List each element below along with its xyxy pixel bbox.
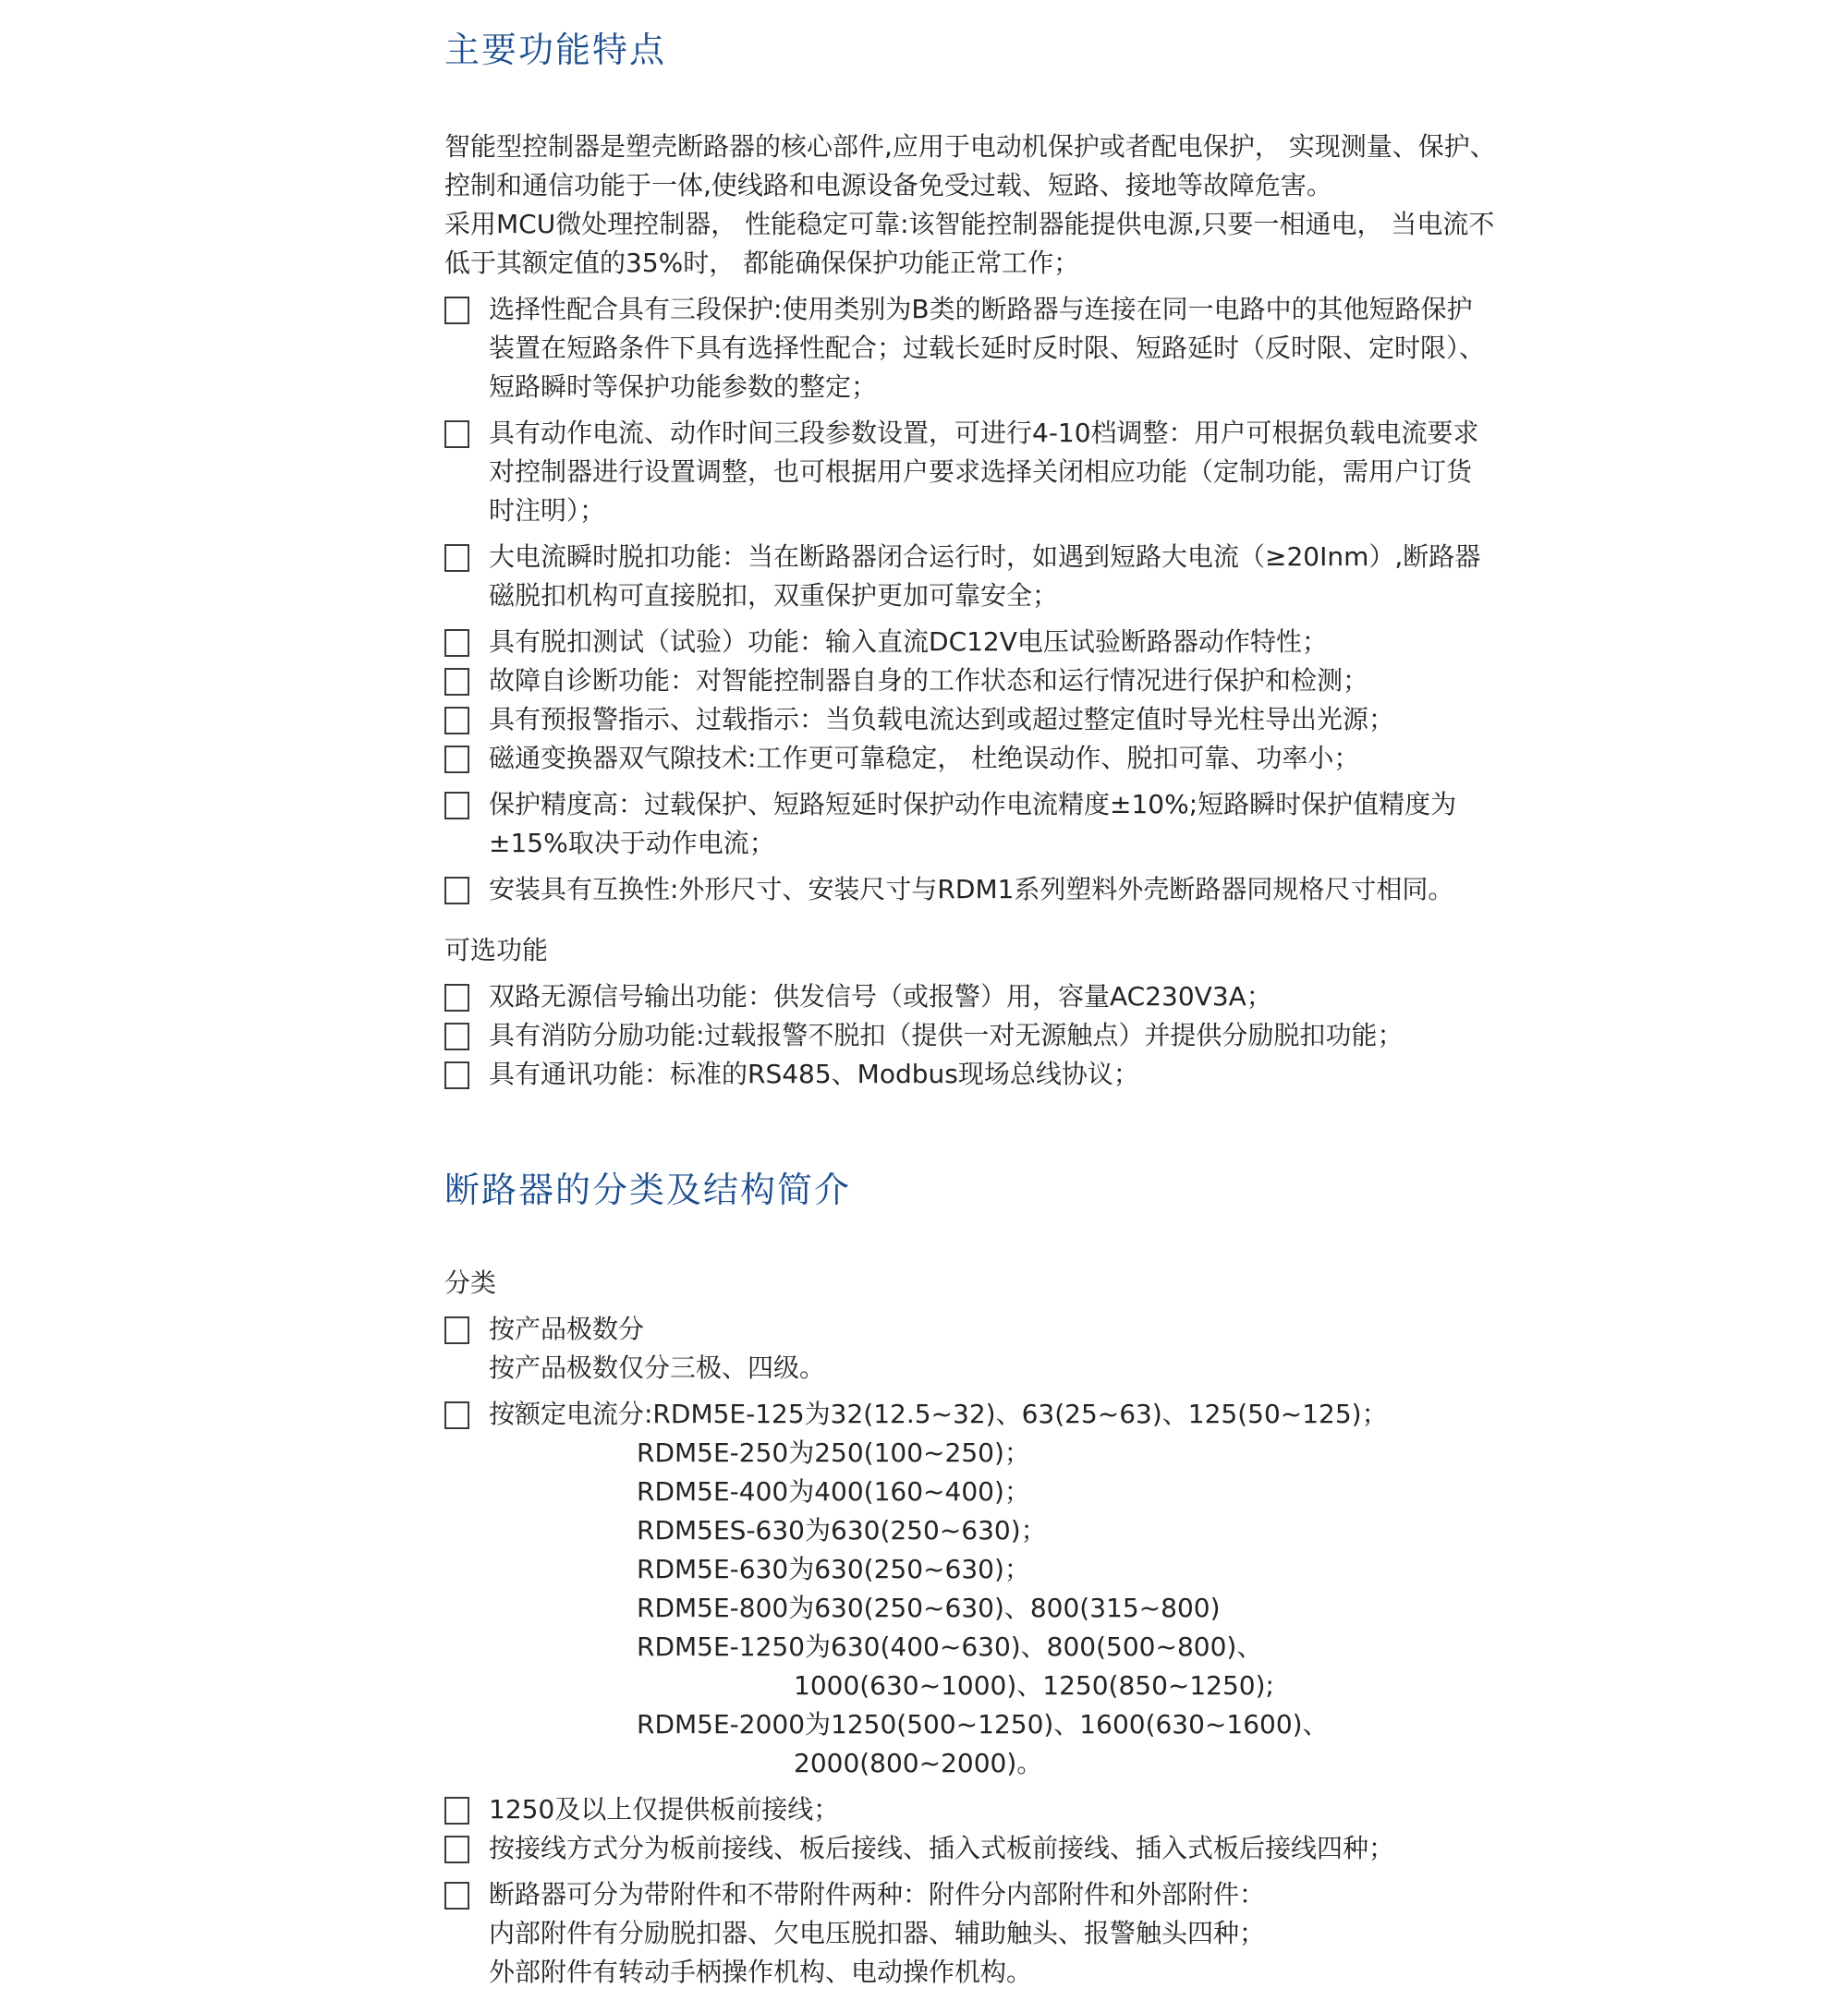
text-line: 内部附件有分励脱扣器、欠电压脱扣器、辅助触头、报警触头四种；	[489, 1914, 1461, 1953]
page-content: 主要功能特点 智能型控制器是塑壳断路器的核心部件,应用于电动机保护或者配电保护，…	[444, 0, 1461, 1992]
main-features-list: 选择性配合具有三段保护:使用类别为B类的断路器与连接在同一电路中的其他短路保护装…	[444, 290, 1461, 909]
paragraph-line: 低于其额定值的35%时， 都能确保保护功能正常工作；	[444, 244, 1461, 283]
text-line: 对控制器进行设置调整，也可根据用户要求选择关闭相应功能（定制功能，需用户订货	[489, 453, 1461, 491]
list-item: 故障自诊断功能：对智能控制器自身的工作状态和运行情况进行保护和检测；	[444, 661, 1461, 700]
list-item: 大电流瞬时脱扣功能：当在断路器闭合运行时，如遇到短路大电流（≥20Inm）,断路…	[444, 538, 1461, 615]
text-line: 选择性配合具有三段保护:使用类别为B类的断路器与连接在同一电路中的其他短路保护	[489, 290, 1461, 329]
paragraph-line: 智能型控制器是塑壳断路器的核心部件,应用于电动机保护或者配电保护， 实现测量、保…	[444, 127, 1461, 166]
text-line: 具有动作电流、动作时间三段参数设置，可进行4-10档调整：用户可根据负载电流要求	[489, 414, 1461, 453]
text-line: 具有消防分励功能:过载报警不脱扣（提供一对无源触点）并提供分励脱扣功能；	[489, 1016, 1461, 1055]
list-item: 具有预报警指示、过载指示：当负载电流达到或超过整定值时导光柱导出光源；	[444, 700, 1461, 739]
text-line: 1250及以上仅提供板前接线；	[489, 1790, 1461, 1829]
text-line: 具有预报警指示、过载指示：当负载电流达到或超过整定值时导光柱导出光源；	[489, 700, 1461, 739]
intro-paragraph: 智能型控制器是塑壳断路器的核心部件,应用于电动机保护或者配电保护， 实现测量、保…	[444, 127, 1461, 283]
paragraph-line: 控制和通信功能于一体,使线路和电源设备免受过载、短路、接地等故障危害。	[444, 166, 1461, 205]
checkbox-bullet-icon	[444, 420, 469, 448]
classification-subtitle: 分类	[444, 1264, 1461, 1303]
text-line: RDM5E-1250为630(400~630)、800(500~800)、	[489, 1628, 1461, 1667]
text-line: 短路瞬时等保护功能参数的整定；	[489, 368, 1461, 406]
checkbox-bullet-icon	[444, 1316, 469, 1344]
list-item: 按产品极数分按产品极数仅分三极、四级。	[444, 1310, 1461, 1388]
list-item: 安装具有互换性:外形尺寸、安装尺寸与RDM1系列塑料外壳断路器同规格尺寸相同。	[444, 870, 1461, 909]
text-line: 故障自诊断功能：对智能控制器自身的工作状态和运行情况进行保护和检测；	[489, 661, 1461, 700]
list-item: 保护精度高：过载保护、短路短延时保护动作电流精度±10%;短路瞬时保护值精度为±…	[444, 785, 1461, 863]
checkbox-bullet-icon	[444, 629, 469, 657]
text-line: 断路器可分为带附件和不带附件两种：附件分内部附件和外部附件：	[489, 1875, 1461, 1914]
text-line: 大电流瞬时脱扣功能：当在断路器闭合运行时，如遇到短路大电流（≥20Inm）,断路…	[489, 538, 1461, 576]
text-line: 保护精度高：过载保护、短路短延时保护动作电流精度±10%;短路瞬时保护值精度为	[489, 785, 1461, 824]
classification-list: 按产品极数分按产品极数仅分三极、四级。按额定电流分:RDM5E-125为32(1…	[444, 1310, 1461, 1992]
text-line: RDM5E-2000为1250(500~1250)、1600(630~1600)…	[489, 1705, 1461, 1744]
text-line: 按产品极数分	[489, 1310, 1461, 1349]
text-line: 具有脱扣测试（试验）功能：输入直流DC12V电压试验断路器动作特性；	[489, 623, 1461, 661]
list-item: 双路无源信号输出功能：供发信号（或报警）用，容量AC230V3A；	[444, 977, 1461, 1016]
text-line: 外部附件有转动手柄操作机构、电动操作机构。	[489, 1953, 1461, 1992]
section-title-classification: 断路器的分类及结构简介	[444, 1168, 1461, 1212]
checkbox-bullet-icon	[444, 746, 469, 773]
text-line: RDM5E-400为400(160~400)；	[489, 1473, 1461, 1511]
document-page: { "page": { "background": "#ffffff", "ac…	[0, 0, 1848, 2013]
checkbox-bullet-icon	[444, 1023, 469, 1050]
list-item: 具有消防分励功能:过载报警不脱扣（提供一对无源触点）并提供分励脱扣功能；	[444, 1016, 1461, 1055]
optional-features-list: 双路无源信号输出功能：供发信号（或报警）用，容量AC230V3A；具有消防分励功…	[444, 977, 1461, 1094]
list-item: 具有动作电流、动作时间三段参数设置，可进行4-10档调整：用户可根据负载电流要求…	[444, 414, 1461, 530]
list-item: 按额定电流分:RDM5E-125为32(12.5~32)、63(25~63)、1…	[444, 1395, 1461, 1783]
checkbox-bullet-icon	[444, 1882, 469, 1910]
checkbox-bullet-icon	[444, 877, 469, 904]
list-item: 选择性配合具有三段保护:使用类别为B类的断路器与连接在同一电路中的其他短路保护装…	[444, 290, 1461, 406]
checkbox-bullet-icon	[444, 1401, 469, 1429]
paragraph-line: 采用MCU微处理控制器， 性能稳定可靠:该智能控制器能提供电源,只要一相通电， …	[444, 205, 1461, 244]
text-line: 装置在短路条件下具有选择性配合；过载长延时反时限、短路延时（反时限、定时限）、	[489, 329, 1461, 368]
checkbox-bullet-icon	[444, 544, 469, 572]
text-line: 2000(800~2000)。	[489, 1744, 1461, 1783]
list-item: 磁通变换器双气隙技术:工作更可靠稳定， 杜绝误动作、脱扣可靠、功率小；	[444, 739, 1461, 778]
text-line: 具有通讯功能：标准的RS485、Modbus现场总线协议；	[489, 1055, 1461, 1094]
text-line: 磁脱扣机构可直接脱扣，双重保护更加可靠安全；	[489, 576, 1461, 615]
text-line: 1000(630~1000)、1250(850~1250);	[489, 1667, 1461, 1705]
text-line: 按额定电流分:RDM5E-125为32(12.5~32)、63(25~63)、1…	[489, 1395, 1461, 1434]
list-item: 断路器可分为带附件和不带附件两种：附件分内部附件和外部附件：内部附件有分励脱扣器…	[444, 1875, 1461, 1992]
checkbox-bullet-icon	[444, 792, 469, 819]
list-item: 1250及以上仅提供板前接线；	[444, 1790, 1461, 1829]
text-line: 双路无源信号输出功能：供发信号（或报警）用，容量AC230V3A；	[489, 977, 1461, 1016]
list-item: 具有通讯功能：标准的RS485、Modbus现场总线协议；	[444, 1055, 1461, 1094]
text-line: 磁通变换器双气隙技术:工作更可靠稳定， 杜绝误动作、脱扣可靠、功率小；	[489, 739, 1461, 778]
section-title-main-features: 主要功能特点	[444, 28, 1461, 72]
text-line: RDM5E-630为630(250~630)；	[489, 1550, 1461, 1589]
checkbox-bullet-icon	[444, 707, 469, 734]
checkbox-bullet-icon	[444, 1061, 469, 1089]
text-line: 时注明）；	[489, 491, 1461, 530]
text-line: RDM5E-250为250(100~250)；	[489, 1434, 1461, 1473]
text-line: ±15%取决于动作电流；	[489, 824, 1461, 863]
text-line: RDM5ES-630为630(250~630)；	[489, 1511, 1461, 1550]
text-line: 安装具有互换性:外形尺寸、安装尺寸与RDM1系列塑料外壳断路器同规格尺寸相同。	[489, 870, 1461, 909]
text-line: 按接线方式分为板前接线、板后接线、插入式板前接线、插入式板后接线四种；	[489, 1829, 1461, 1868]
checkbox-bullet-icon	[444, 297, 469, 324]
list-item: 具有脱扣测试（试验）功能：输入直流DC12V电压试验断路器动作特性；	[444, 623, 1461, 661]
optional-features-subtitle: 可选功能	[444, 931, 1461, 970]
list-item: 按接线方式分为板前接线、板后接线、插入式板前接线、插入式板后接线四种；	[444, 1829, 1461, 1868]
checkbox-bullet-icon	[444, 668, 469, 696]
text-line: RDM5E-800为630(250~630)、800(315~800)	[489, 1589, 1461, 1628]
checkbox-bullet-icon	[444, 1836, 469, 1863]
checkbox-bullet-icon	[444, 1797, 469, 1825]
text-line: 按产品极数仅分三极、四级。	[489, 1349, 1461, 1388]
checkbox-bullet-icon	[444, 984, 469, 1012]
